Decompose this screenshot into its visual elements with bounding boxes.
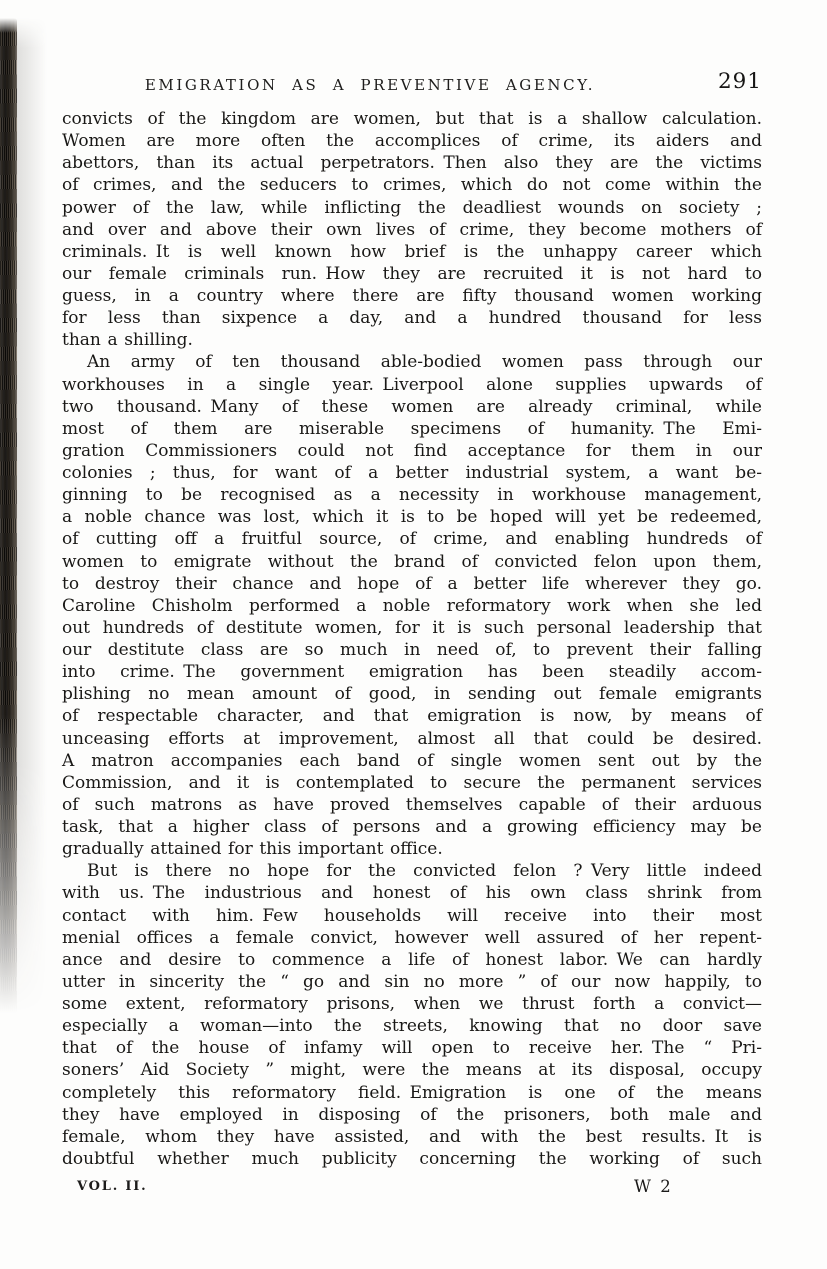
text-line: But is there no hope for the convicted f… — [62, 860, 762, 882]
text-line: two thousand. Many of these women are al… — [62, 396, 762, 418]
text-line: female, whom they have assisted, and wit… — [62, 1126, 762, 1148]
text-line: gration Commissioners could not find acc… — [62, 440, 762, 462]
text-column: EMIGRATION AS A PREVENTIVE AGENCY. 291 c… — [62, 0, 762, 1269]
text-line: task, that a higher class of persons and… — [62, 816, 762, 838]
text-line: unceasing efforts at improvement, almost… — [62, 728, 762, 750]
text-line: doubtful whether much publicity concerni… — [62, 1148, 762, 1170]
text-line: power of the law, while inflicting the d… — [62, 197, 762, 219]
text-line: A matron accompanies each band of single… — [62, 750, 762, 772]
text-line: especially a woman—into the streets, kno… — [62, 1015, 762, 1037]
text-line: Women are more often the accomplices of … — [62, 130, 762, 152]
text-line: into crime. The government emigration ha… — [62, 661, 762, 683]
text-line: they have employed in disposing of the p… — [62, 1104, 762, 1126]
text-line: than a shilling. — [62, 329, 762, 351]
volume-label: VOL. II. — [77, 1179, 147, 1194]
text-line: our female criminals run. How they are r… — [62, 263, 762, 285]
text-line: to destroy their chance and hope of a be… — [62, 573, 762, 595]
text-line: workhouses in a single year. Liverpool a… — [62, 374, 762, 396]
text-line: of such matrons as have proved themselve… — [62, 794, 762, 816]
text-line: some extent, reformatory prisons, when w… — [62, 993, 762, 1015]
text-line: a noble chance was lost, which it is to … — [62, 506, 762, 528]
text-line: of cutting off a fruitful source, of cri… — [62, 528, 762, 550]
text-line: criminals. It is well known how brief is… — [62, 241, 762, 263]
scanned-book-page: EMIGRATION AS A PREVENTIVE AGENCY. 291 c… — [0, 0, 827, 1269]
text-line: completely this reformatory field. Emigr… — [62, 1082, 762, 1104]
text-line: and over and above their own lives of cr… — [62, 219, 762, 241]
text-line: our destitute class are so much in need … — [62, 639, 762, 661]
page-footer: VOL. II. W 2 — [62, 1177, 762, 1201]
binding-shadow — [17, 18, 47, 1013]
text-line: ance and desire to commence a life of ho… — [62, 949, 762, 971]
text-line: menial offices a female convict, however… — [62, 927, 762, 949]
text-line: guess, in a country where there are fift… — [62, 285, 762, 307]
printer-signature-mark: W 2 — [634, 1177, 673, 1196]
text-line: plishing no mean amount of good, in send… — [62, 683, 762, 705]
text-line: for less than sixpence a day, and a hund… — [62, 307, 762, 329]
text-line: Commission, and it is contemplated to se… — [62, 772, 762, 794]
text-line: ginning to be recognised as a necessity … — [62, 484, 762, 506]
text-line: utter in sincerity the “ go and sin no m… — [62, 971, 762, 993]
text-line: most of them are miserable specimens of … — [62, 418, 762, 440]
text-line: out hundreds of destitute women, for it … — [62, 617, 762, 639]
text-line: women to emigrate without the brand of c… — [62, 551, 762, 573]
page-number: 291 — [718, 69, 762, 94]
text-line: An army of ten thousand able-bodied wome… — [62, 351, 762, 373]
text-line: contact with him. Few households will re… — [62, 905, 762, 927]
text-line: Caroline Chisholm performed a noble refo… — [62, 595, 762, 617]
text-line: with us. The industrious and honest of h… — [62, 882, 762, 904]
page-header: EMIGRATION AS A PREVENTIVE AGENCY. 291 — [62, 72, 762, 104]
book-binding-edge — [0, 18, 17, 1013]
text-line: gradually attained for this important of… — [62, 838, 762, 860]
text-line: that of the house of infamy will open to… — [62, 1037, 762, 1059]
text-line: of crimes, and the seducers to crimes, w… — [62, 174, 762, 196]
text-line: of respectable character, and that emigr… — [62, 705, 762, 727]
text-line: soners’ Aid Society ” might, were the me… — [62, 1059, 762, 1081]
text-line: abettors, than its actual perpetrators. … — [62, 152, 762, 174]
running-header-title: EMIGRATION AS A PREVENTIVE AGENCY. — [20, 76, 720, 94]
text-line: convicts of the kingdom are women, but t… — [62, 108, 762, 130]
text-line: colonies ; thus, for want of a better in… — [62, 462, 762, 484]
page-body-text: convicts of the kingdom are women, but t… — [62, 108, 762, 1170]
